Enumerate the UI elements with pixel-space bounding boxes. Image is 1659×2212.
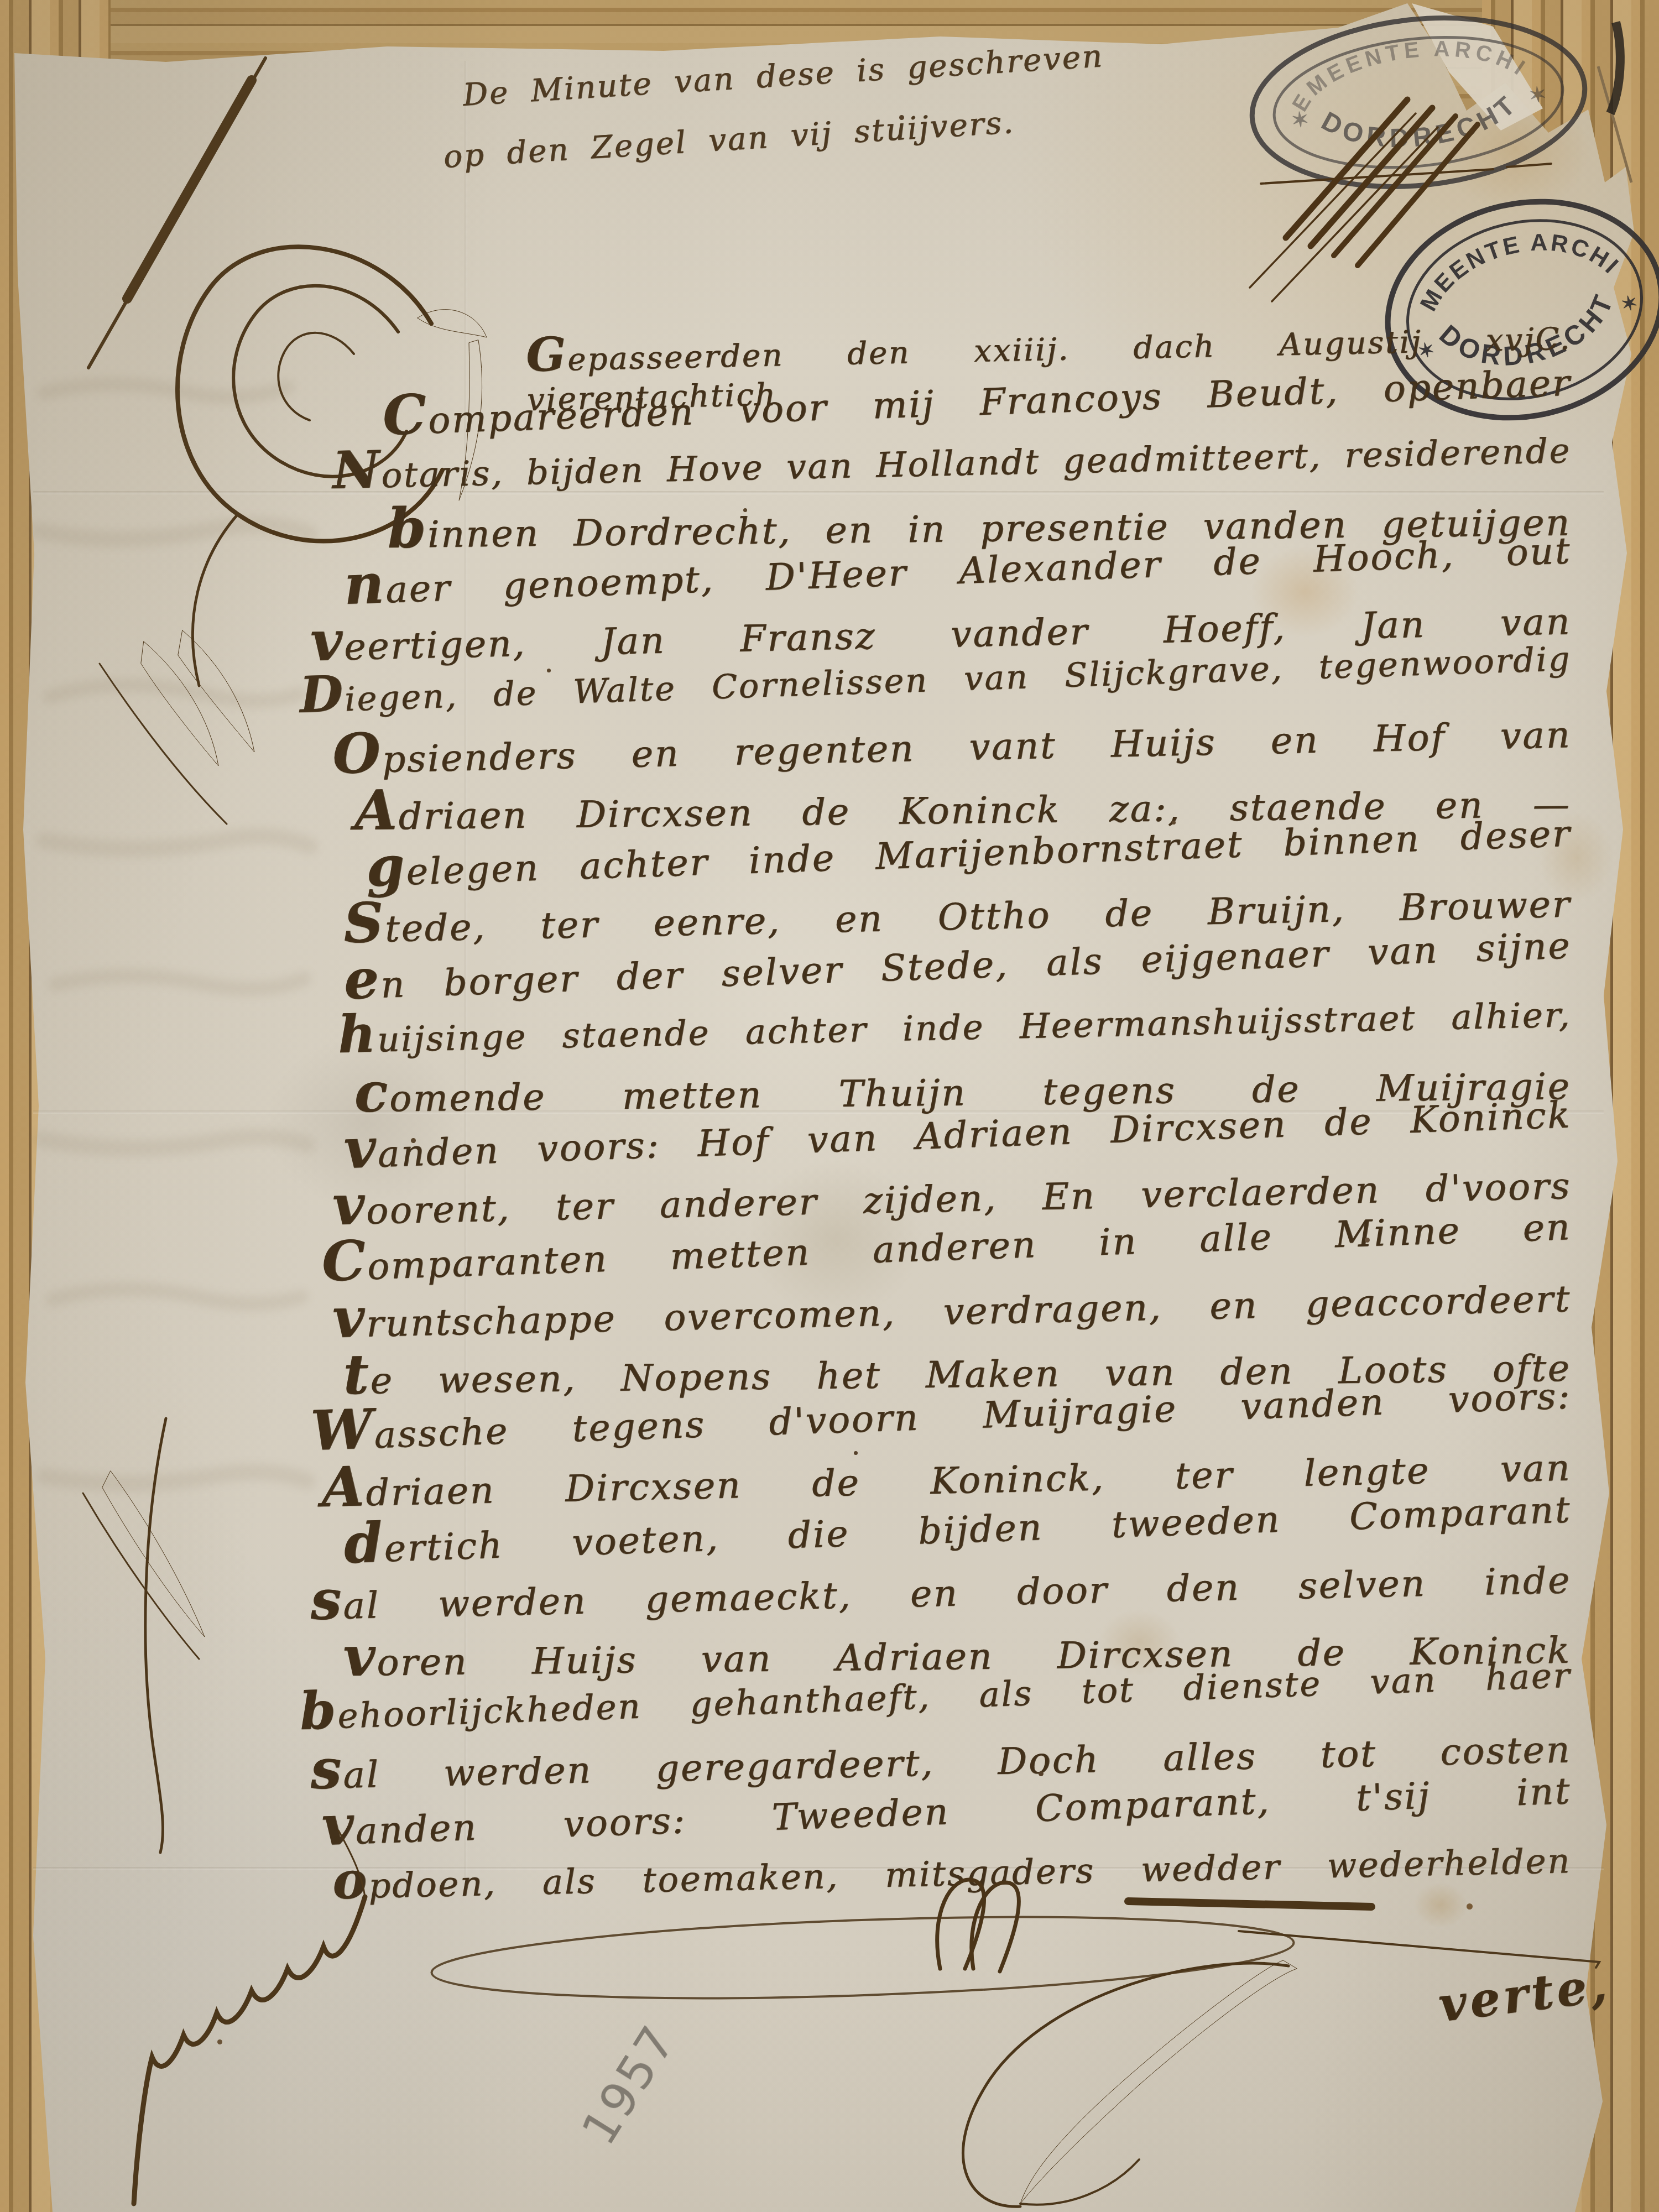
ink-edge-mark (1610, 22, 1620, 113)
stamp-star-icon: ✶ (1290, 108, 1310, 133)
stamp-star-icon: ✶ (1619, 290, 1640, 316)
archive-stamp-top: GEMEENTE ARCHIEF DORDRECHT ✶ ✶ (1244, 2, 1593, 202)
ink-specks (0, 0, 3, 3)
photograph-of-manuscript: GEMEENTE ARCHIEF DORDRECHT ✶ ✶ GEMEENTE … (0, 0, 1659, 2212)
stamp-star-icon: ✶ (1528, 83, 1548, 108)
closing-flourishes (0, 1792, 1659, 2212)
